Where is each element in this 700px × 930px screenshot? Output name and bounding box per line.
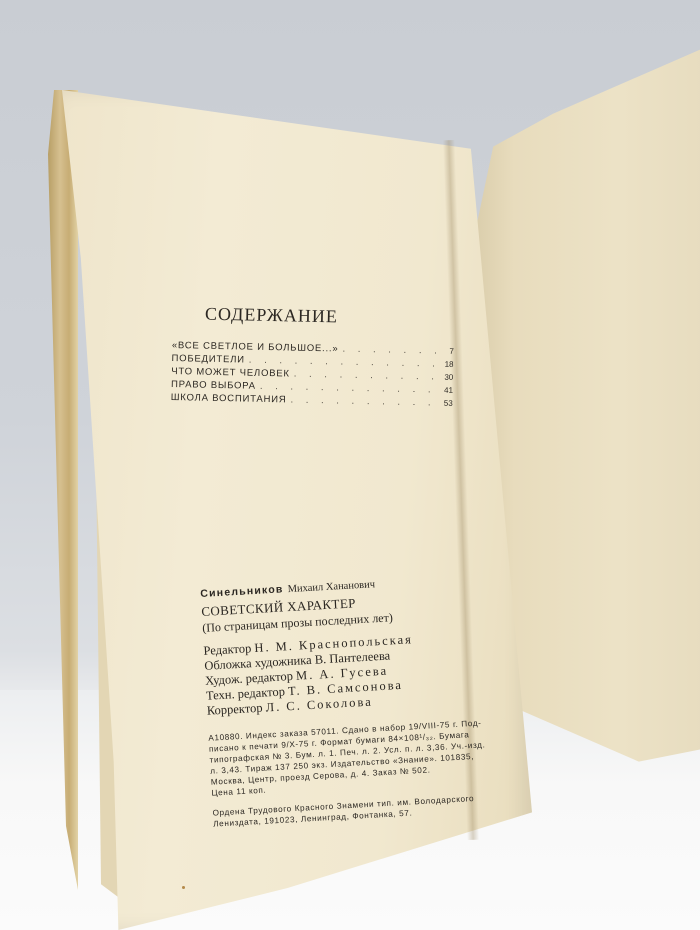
toc-entry-label: Что может человек [171,366,290,379]
credits: Редактор Н. М. Краснопольская Обложка ху… [203,627,507,719]
toc-leader-dots: . . . . . . . . . . . . . . . . . . . . … [260,381,437,396]
toc-entry-page: 7 [442,347,454,356]
toc-entry-page: 53 [441,399,453,408]
toc-title: СОДЕРЖАНИЕ [205,304,338,328]
credit-role: Редактор [203,641,252,658]
toc-leader-dots: . . . . . . . . . . . . . . . . . . . . … [342,344,438,357]
toc-entry-label: Победители [171,353,244,366]
toc-leader-dots: . . . . . . . . . . . . . . . . . . . . … [294,369,438,383]
table-of-contents: «Все светлое и большое...» . . . . . . .… [171,340,454,411]
paper-speck [182,886,185,889]
toc-entry-label: Право выбора [171,379,256,392]
toc-entry-page: 30 [441,373,453,382]
author-given-names: Михаил Хананович [287,579,375,595]
toc-entry-page: 18 [441,360,453,369]
toc-leader-dots: . . . . . . . . . . . . . . . . . . . . … [290,394,436,408]
toc-entry-label: «Все светлое и большое...» [172,340,339,354]
colophon: Синельников Михаил Хананович СОВЕТСКИЙ Х… [200,571,513,829]
credit-role: Корректор [206,701,262,718]
toc-entry-label: Школа воспитания [171,392,287,405]
toc-entry-page: 41 [441,386,453,395]
imprint-block: А10880. Индекс заказа 57011. Сдано в наб… [208,716,511,799]
